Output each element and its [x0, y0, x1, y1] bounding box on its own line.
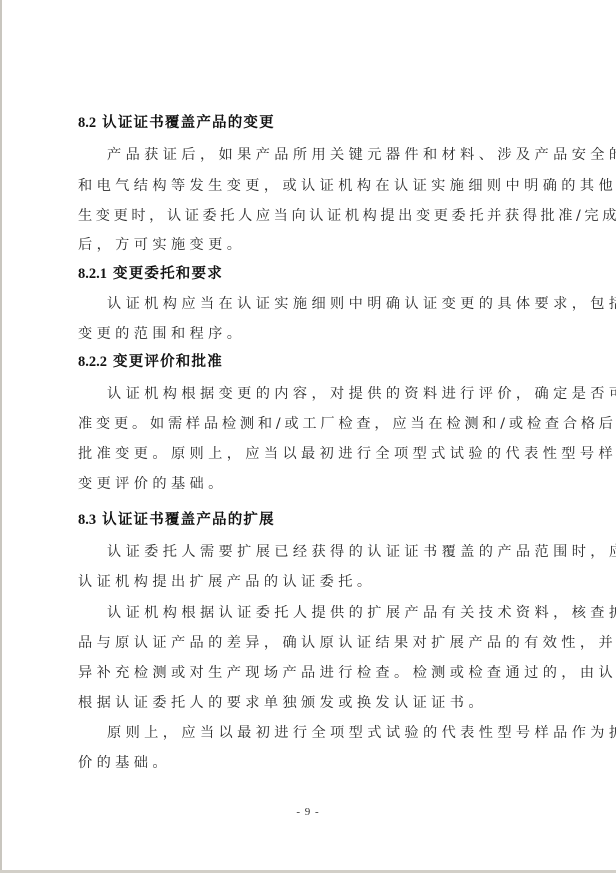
section-heading-8-2: 8.2认证证书覆盖产品的变更 [78, 113, 275, 133]
paragraph-line: 变更评价的基础。 [78, 474, 227, 494]
section-heading-8-2-1: 8.2.1变更委托和要求 [78, 264, 223, 284]
paragraph-line: 产品获证后，如果产品所用关键元器件和材料、涉及产品安全的设计 [107, 145, 616, 165]
section-heading-8-3: 8.3认证证书覆盖产品的扩展 [78, 510, 275, 530]
section-title: 认证证书覆盖产品的变更 [102, 114, 275, 131]
page-number: - 9 - [0, 806, 616, 818]
paragraph-line: 认证机构提出扩展产品的认证委托。 [78, 572, 375, 592]
paragraph-line: 根据认证委托人的要求单独颁发或换发认证证书。 [78, 693, 487, 713]
page-frame-left-edge [0, 0, 2, 873]
paragraph-line: 价的基础。 [78, 753, 171, 773]
section-number: 8.2 [78, 115, 96, 131]
paragraph-line: 生变更时，认证委托人应当向认证机构提出变更委托并获得批准/完成备案 [78, 206, 616, 226]
paragraph-line: 认证委托人需要扩展已经获得的认证证书覆盖的产品范围时，应当向 [107, 542, 616, 562]
section-number: 8.3 [78, 512, 96, 528]
paragraph-line: 认证机构根据变更的内容，对提供的资料进行评价，确定是否可以批 [107, 384, 616, 404]
paragraph-line: 原则上，应当以最初进行全项型式试验的代表性型号样品作为扩展评 [107, 723, 616, 743]
section-title: 认证证书覆盖产品的扩展 [102, 511, 275, 528]
section-heading-8-2-2: 8.2.2变更评价和批准 [78, 352, 223, 372]
section-number: 8.2.2 [78, 354, 107, 370]
section-title: 变更评价和批准 [113, 353, 223, 370]
paragraph-line: 变更的范围和程序。 [78, 324, 245, 344]
paragraph-line: 品与原认证产品的差异，确认原认证结果对扩展产品的有效性，并针对差 [78, 633, 616, 653]
section-number: 8.2.1 [78, 266, 107, 282]
paragraph-line: 批准变更。原则上，应当以最初进行全项型式试验的代表性型号样品作为 [78, 444, 616, 464]
paragraph-line: 认证机构应当在认证实施细则中明确认证变更的具体要求，包括认证 [107, 294, 616, 314]
section-title: 变更委托和要求 [113, 265, 223, 282]
paragraph-line: 准变更。如需样品检测和/或工厂检查，应当在检测和/或检查合格后方能 [78, 414, 616, 434]
paragraph-line: 后，方可实施变更。 [78, 235, 245, 255]
paragraph-line: 认证机构根据认证委托人提供的扩展产品有关技术资料，核查扩展产 [107, 603, 616, 623]
paragraph-line: 异补充检测或对生产现场产品进行检查。检测或检查通过的，由认证机构 [78, 663, 616, 683]
paragraph-line: 和电气结构等发生变更，或认证机构在认证实施细则中明确的其他事项发 [78, 176, 616, 196]
